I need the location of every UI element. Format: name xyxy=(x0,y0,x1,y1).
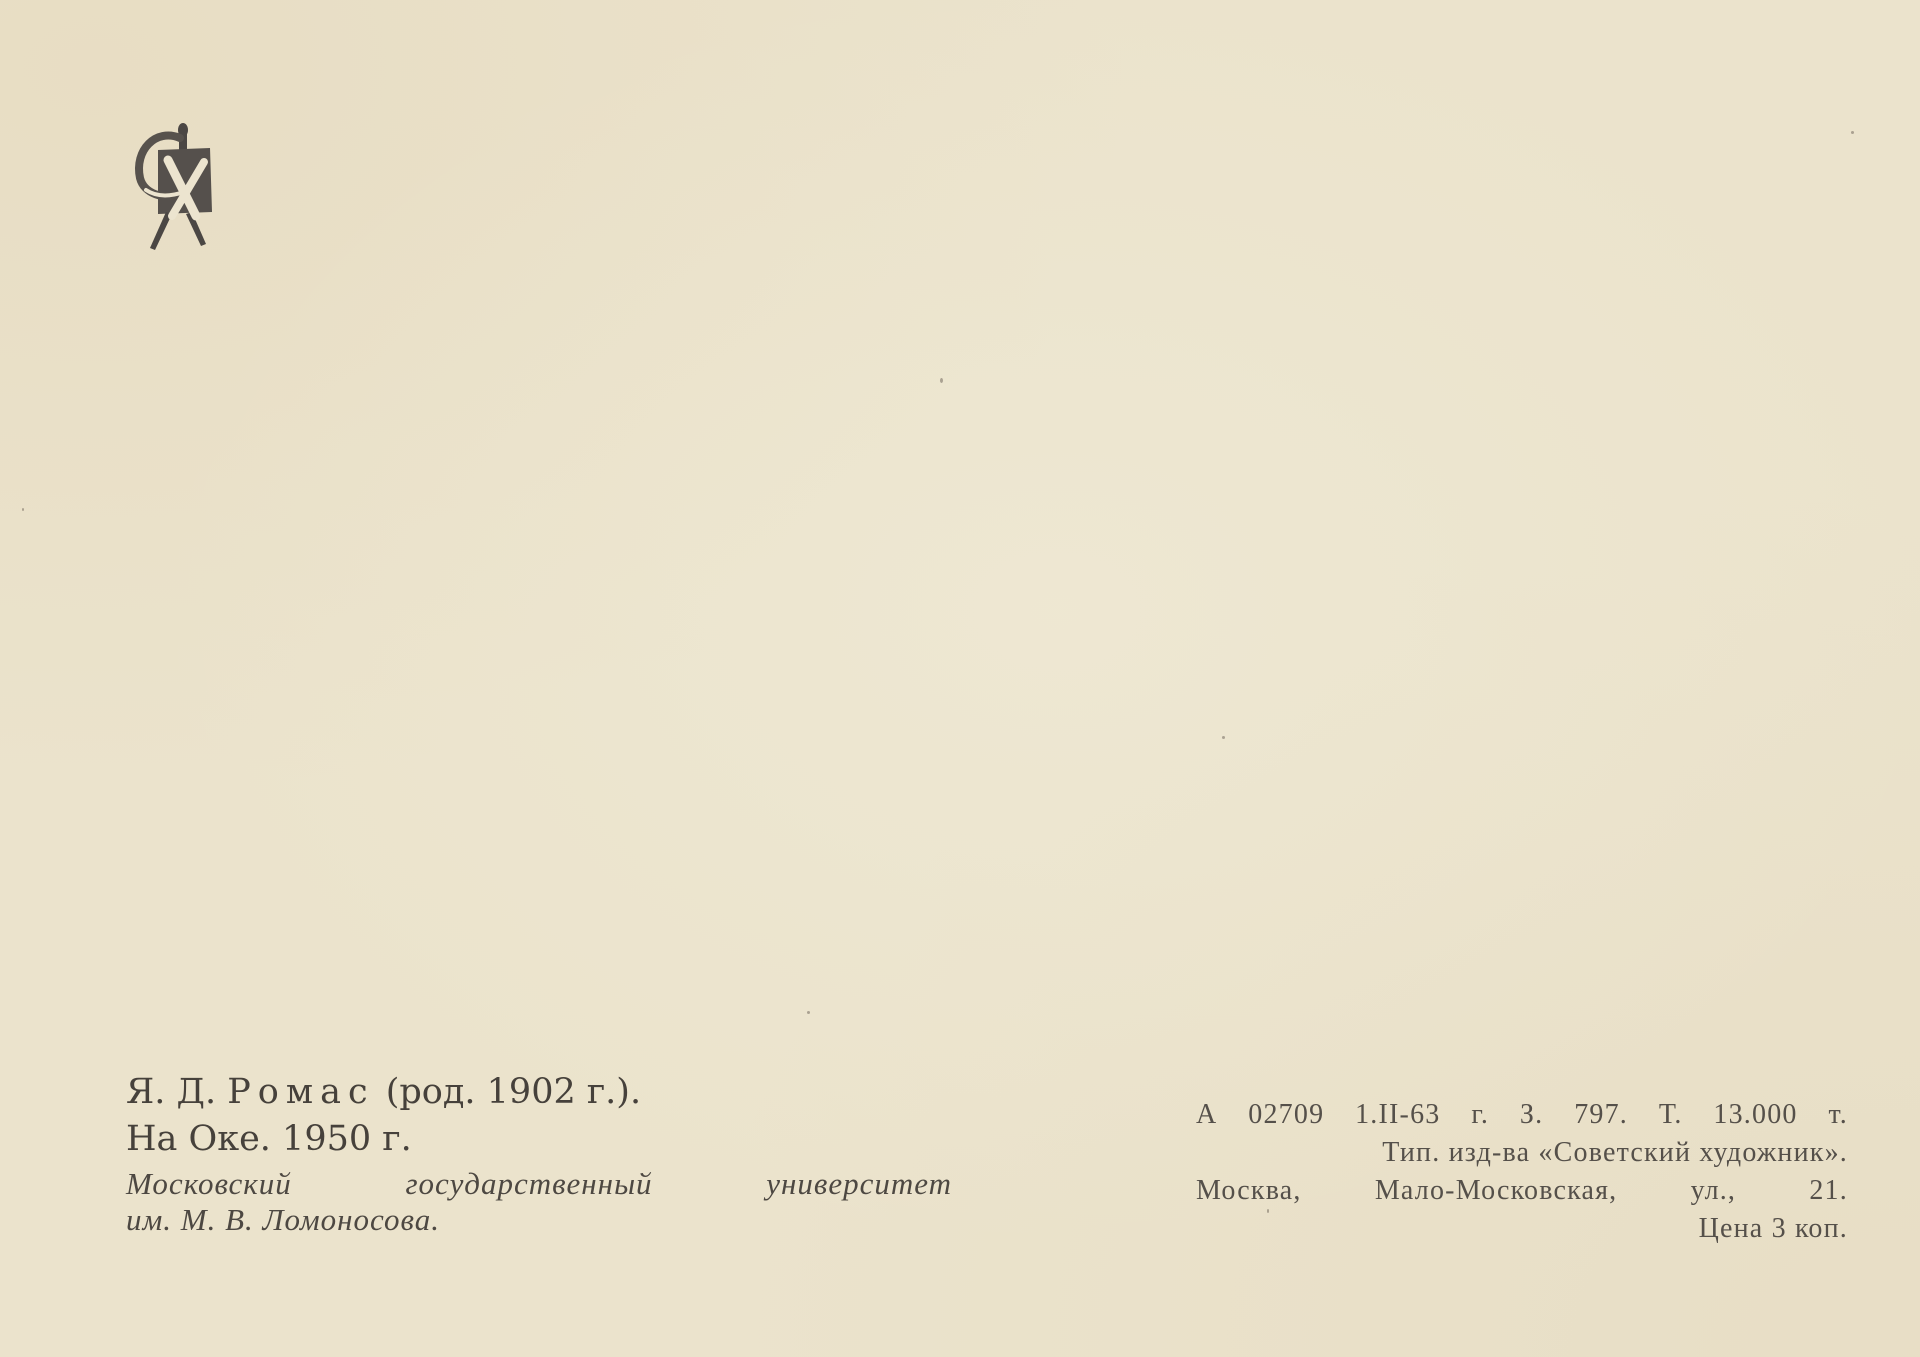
printer-imprint: А 02709 1.II-63 г. З. 797. Т. 13.000 т. … xyxy=(1196,1096,1848,1248)
collection-word: государственный xyxy=(405,1166,652,1202)
imprint-token: г. xyxy=(1471,1096,1489,1134)
artist-surname: Ромас xyxy=(227,1072,374,1112)
imprint-address-line: Москва, Мало-Московская, ул., 21. xyxy=(1196,1172,1848,1210)
imprint-publisher-line: Тип. изд-ва «Советский художник». xyxy=(1196,1134,1848,1172)
imprint-token: т. xyxy=(1828,1096,1848,1134)
paper-speck xyxy=(940,378,943,383)
imprint-order-line: А 02709 1.II-63 г. З. 797. Т. 13.000 т. xyxy=(1196,1096,1848,1134)
artist-line: Я. Д. Ромас (род. 1902 г.). xyxy=(126,1068,956,1116)
imprint-token: 1.II-63 xyxy=(1355,1096,1440,1134)
paper-speck xyxy=(1267,1209,1269,1213)
collection-word: Московский xyxy=(126,1166,292,1202)
imprint-token: Москва, xyxy=(1196,1172,1302,1210)
imprint-token: 797. xyxy=(1574,1096,1628,1134)
artist-birth: (род. 1902 г.). xyxy=(386,1072,641,1112)
paper-speck xyxy=(1851,131,1854,134)
imprint-token: 13.000 xyxy=(1713,1096,1797,1134)
paper-speck xyxy=(807,1011,810,1014)
paper-speck xyxy=(22,508,24,511)
imprint-token: З. xyxy=(1520,1096,1543,1134)
imprint-token: Т. xyxy=(1659,1096,1683,1134)
artwork-caption: Я. Д. Ромас (род. 1902 г.). На Оке. 1950… xyxy=(126,1068,956,1238)
collection-line-2: им. М. В. Ломоносова. xyxy=(126,1202,956,1238)
imprint-token: Мало-Московская, xyxy=(1375,1172,1618,1210)
imprint-token: 02709 xyxy=(1248,1096,1324,1134)
imprint-token: А xyxy=(1196,1096,1217,1134)
artwork-title: На Оке. 1950 г. xyxy=(126,1116,956,1164)
postcard-back: Я. Д. Ромас (род. 1902 г.). На Оке. 1950… xyxy=(0,0,1920,1357)
imprint-token: ул., xyxy=(1691,1172,1737,1210)
collection-line-1: Московский государственный университет xyxy=(126,1166,952,1202)
paper-speck xyxy=(1222,736,1225,739)
imprint-token: 21. xyxy=(1809,1172,1848,1210)
imprint-price: Цена 3 коп. xyxy=(1196,1210,1848,1248)
easel-logo-icon xyxy=(128,120,218,252)
artist-initials: Я. Д. xyxy=(126,1072,216,1112)
collection-word: университет xyxy=(766,1166,952,1202)
